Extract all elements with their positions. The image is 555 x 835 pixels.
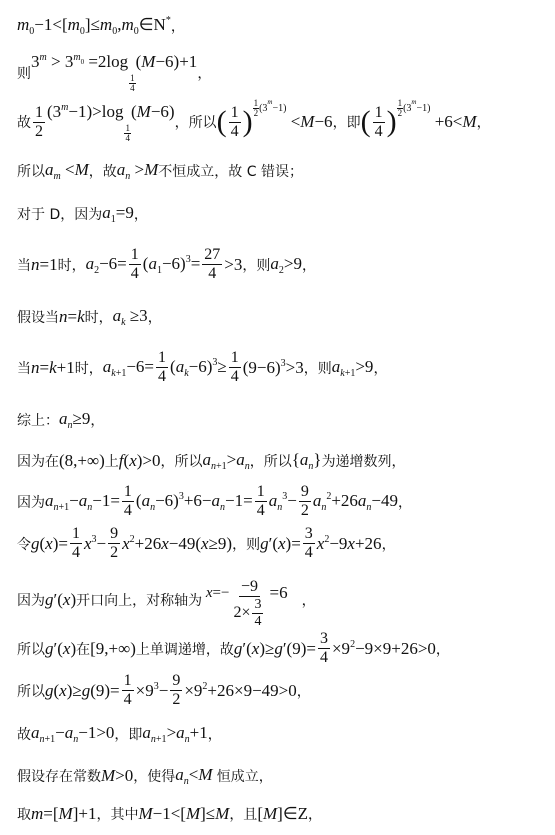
line-6: 当 n=1 时， a2−6= 14 (a1−6)3= 274 >3 ，则 a2>… [17,247,316,282]
line-9: 综上： an≥9 ， [17,409,104,431]
line-5: 对于 D，因为 a1=9 ， [17,203,148,225]
math-expr: 3m > 3m0 =2log14(M−6)+1 [31,52,197,93]
line-11: 因为 an+1−an−1= 14 (an−6)3+6−an−1= 14 an3−… [17,484,412,519]
line-17: 假设存在常数 M>0 ，使得 an<M 恒成立， [17,765,273,787]
line-16: 故 an+1−an−1>0 ， 即 an+1>an+1 ， [17,723,222,745]
line-4: 所以 am <M ，故 an >M 不恒成立，故 C 错误； [17,160,303,182]
line-10: 因为在 (8,+∞) 上 f(x)>0 ，所以 an+1>an ，所以 {an}… [17,450,406,472]
math-expr: (3m−1)>log14(M−6) [47,102,175,143]
line-12: 令 g(x)= 14 x3− 92 x2+26x−49(x≥9) ，则 g′(x… [17,526,396,561]
line-14: 所以 g′(x) 在 [9,+∞) 上单调递增，故 g′(x)≥g′(9)= 3… [17,631,450,666]
line-7: 假设当 n=k 时， ak ≥3 ， [17,306,162,328]
line-15: 所以 g(x)≥g(9)= 14 ×93− 92 ×92+26×9−49>0 ， [17,673,311,708]
line-2: 则 3m > 3m0 =2log14(M−6)+1 ， [17,52,211,93]
line-1: m0−1<[m0]≤m0,m0∈N* ， [17,15,185,37]
line-3: 故 12 (3m−1)>log14(M−6) ， 所以 (14) 12(3m−1… [17,98,491,146]
line-13: 因为 g′(x) 开口向上，对称轴为 x=− −92×34 =6 ， [17,570,316,630]
line-8: 当 n=k+1 时， ak+1−6= 14 (ak−6)3≥ 14 (9−6)3… [17,350,387,385]
line-18: 取 m=[M]+1 ，其中 M−1<[M]≤M ，且 [M]∈Z ， [17,804,322,824]
math-expr: m0−1<[m0]≤m0,m0∈N* [17,15,171,37]
